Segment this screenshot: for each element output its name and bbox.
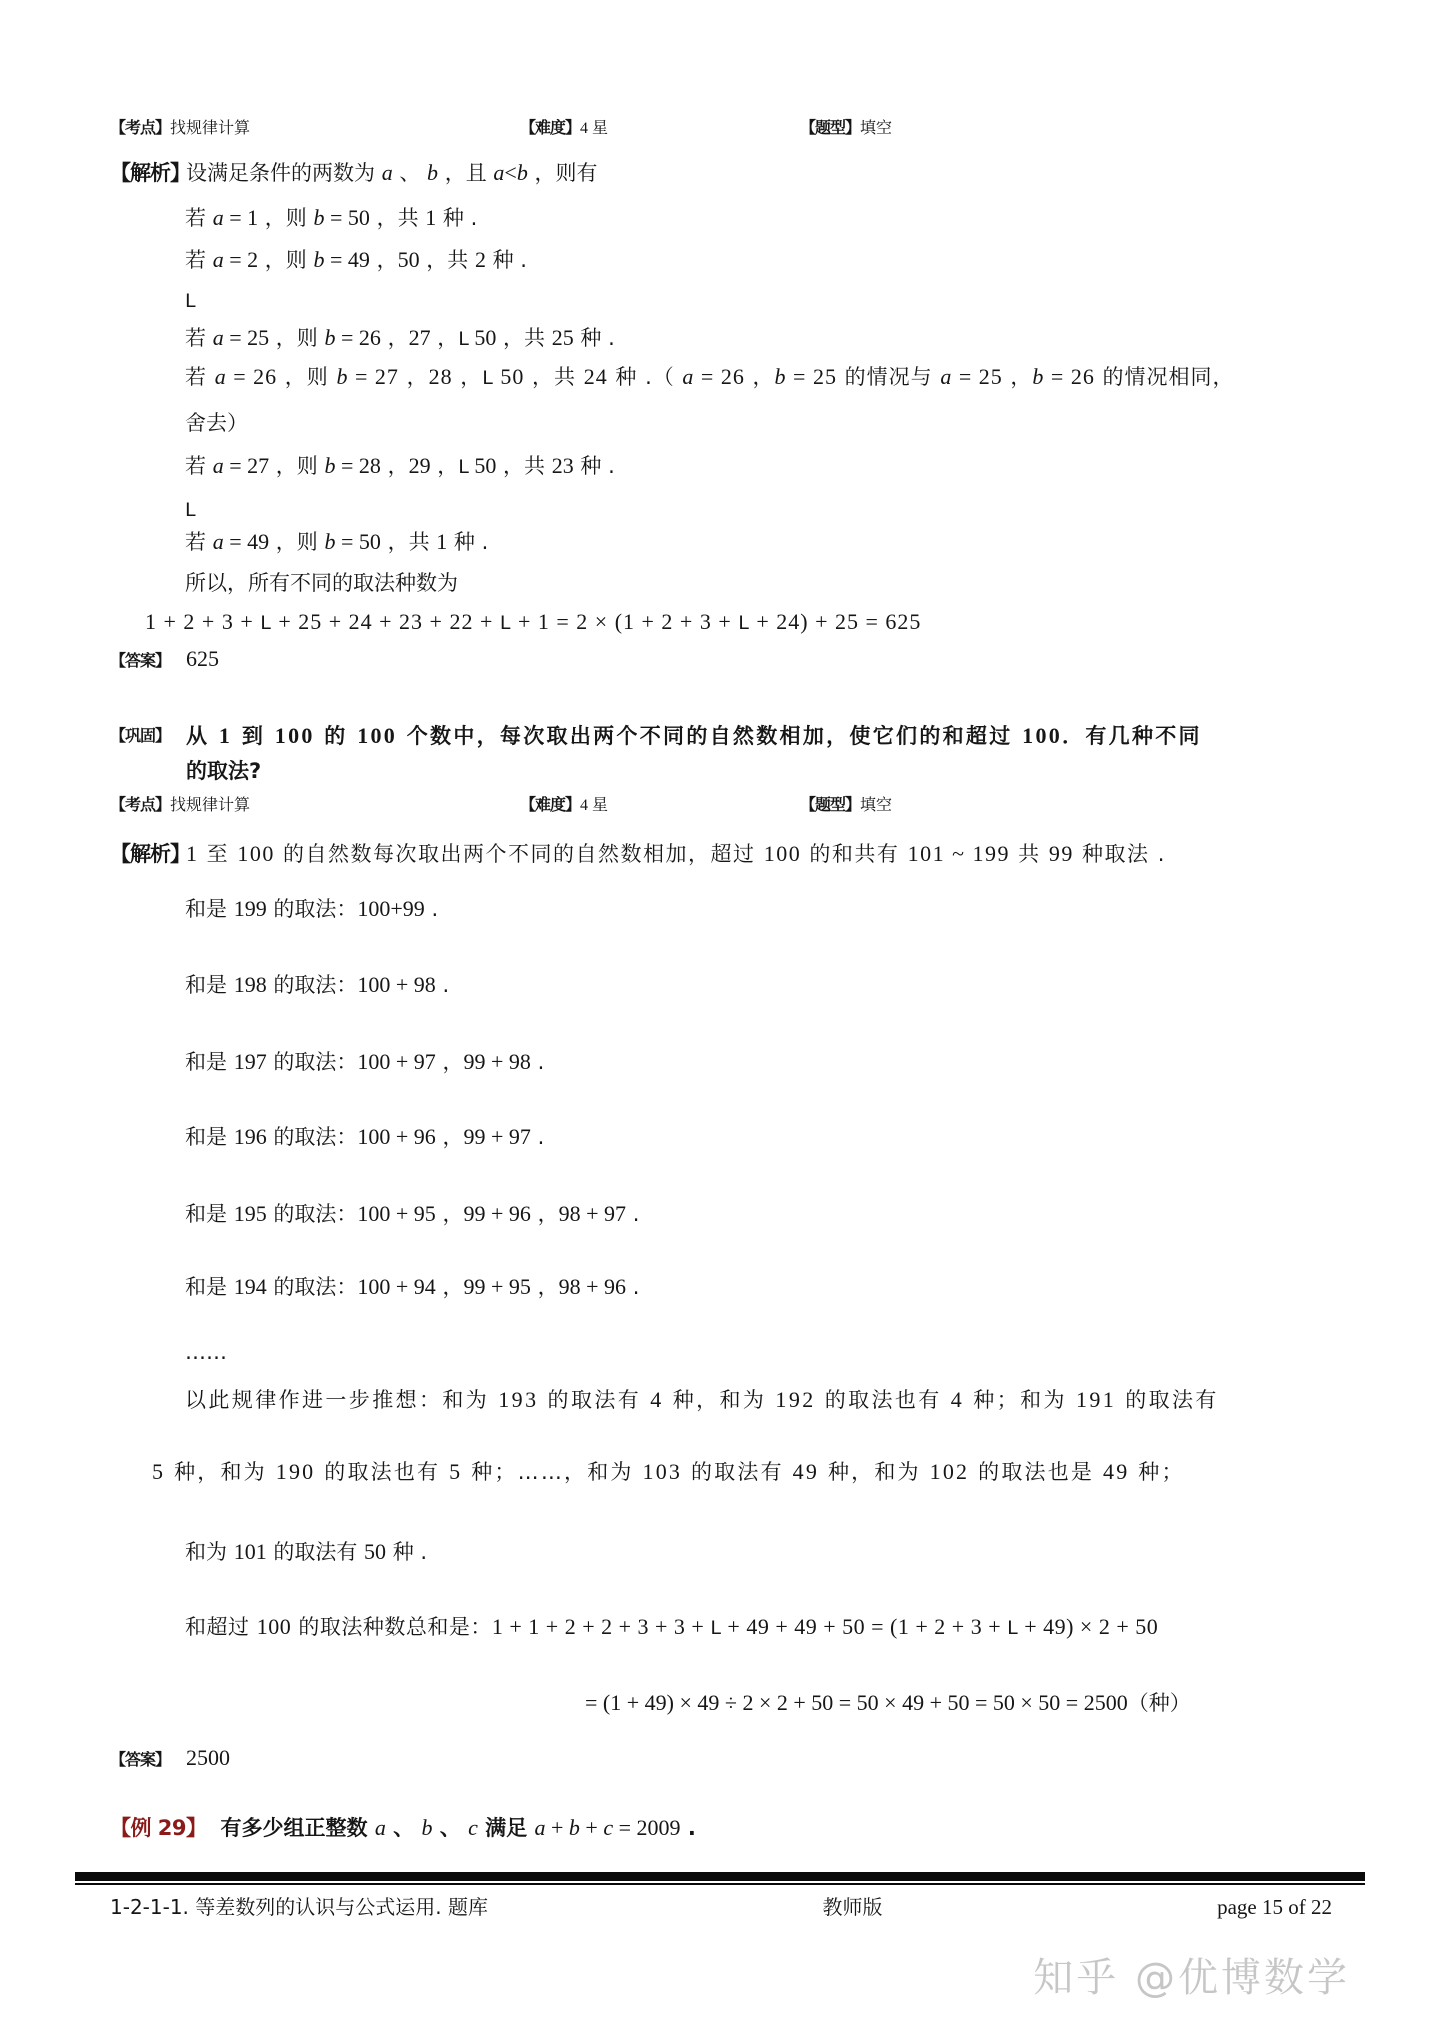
- text-segment: ，: [531, 1202, 559, 1226]
- math-segment: b: [313, 205, 324, 230]
- math-segment: 191: [1076, 1387, 1116, 1412]
- reasoning-line-2: 5 种，和为 190 的取法也有 5 种；……，和为 103 的取法有 49 种…: [152, 1457, 1372, 1487]
- math-segment: 194: [234, 1274, 267, 1299]
- text-segment: ……: [185, 1340, 227, 1364]
- answer-row-2: 【答案】2500: [110, 1743, 1372, 1773]
- math-segment: a: [940, 364, 952, 389]
- text-segment: ，: [370, 248, 398, 272]
- math-segment: 99: [1049, 841, 1074, 866]
- math-segment: = 49: [324, 247, 369, 272]
- math-segment: 100: [357, 723, 397, 748]
- math-segment: 196: [234, 1124, 267, 1149]
- text-segment: 种；……，和为: [462, 1460, 642, 1484]
- text-segment: 的和共有: [801, 842, 907, 866]
- case-a-25: 若 a = 25 ，则 b = 26 ，27 ，L 50 ，共 25 种 .: [185, 323, 1372, 354]
- solution-lines-1: 若 a = 1 ，则 b = 50 ，共 1 种 .若 a = 2 ，则 b =…: [110, 203, 1372, 638]
- sum-197: 和是 197 的取法：100 + 97 ，99 + 98 .: [185, 1047, 1372, 1077]
- meta-row-1: 【考点】找规律计算 【难度】4 星 【题型】填空: [110, 115, 1372, 145]
- text-segment: .: [425, 897, 438, 921]
- math-segment: 103: [643, 1459, 683, 1484]
- text-segment: 的取法有: [267, 1540, 364, 1564]
- text-segment: 和是: [185, 1050, 234, 1074]
- text-segment: 共: [1010, 842, 1049, 866]
- kaodian-label: 【考点】: [110, 797, 170, 814]
- consolidation-text: 从 1 到 100 的 100 个数中，每次取出两个不同的自然数相加，使它们的和…: [186, 718, 1372, 789]
- text-segment: 的情况与: [837, 365, 940, 389]
- text-segment: ，: [431, 326, 459, 350]
- nandu-value: 4 星: [580, 120, 608, 137]
- math-segment: L: [710, 1617, 721, 1639]
- total-formula-cont: = (1 + 49) × 49 ÷ 2 × 2 + 50 = 50 × 49 +…: [585, 1688, 1372, 1718]
- math-segment: L: [260, 612, 272, 634]
- math-segment: = 1: [224, 205, 258, 230]
- text-segment: 的自然数每次取出两个不同的自然数相加，超过: [275, 842, 764, 866]
- math-segment: 100: [1022, 723, 1062, 748]
- text-segment: ，则有: [528, 161, 598, 185]
- math-segment: 29: [409, 453, 431, 478]
- math-segment: 101: [234, 1539, 267, 1564]
- math-segment: a: [213, 325, 224, 350]
- text-segment: ，共: [496, 326, 551, 350]
- math-segment: 100 + 94: [357, 1274, 435, 1299]
- text-segment: ，共: [370, 206, 425, 230]
- text-segment: ，: [381, 454, 409, 478]
- math-segment: 100: [237, 841, 275, 866]
- text-segment: 的取法：: [267, 1275, 358, 1299]
- text-segment: 的取法有: [538, 1388, 650, 1412]
- math-segment: + 25 + 24 + 23 + 22 +: [272, 609, 500, 634]
- math-segment: 4: [951, 1387, 964, 1412]
- ellipsis-line: L: [185, 494, 1372, 525]
- nandu-label: 【难度】: [520, 797, 580, 814]
- text-segment: 若: [185, 326, 213, 350]
- math-segment: = 26: [335, 325, 380, 350]
- math-segment: 100 + 98: [357, 972, 435, 997]
- text-segment: 的取法：: [267, 973, 358, 997]
- footer-page-number: page 15 of 22: [1217, 1893, 1332, 1921]
- math-segment: = 2009: [613, 1815, 680, 1840]
- text-segment: 若: [185, 530, 213, 554]
- math-segment: a: [215, 364, 227, 389]
- math-segment: + 1 = 2 × (1 + 2 + 3 +: [511, 609, 738, 634]
- total-formula: 和超过 100 的取法种数总和是：1 + 1 + 2 + 2 + 3 + 3 +…: [185, 1612, 1372, 1643]
- math-segment: 1: [219, 723, 232, 748]
- meta-row-2: 【考点】找规律计算 【难度】4 星 【题型】填空: [110, 792, 1372, 822]
- text-segment: 的取法：: [267, 897, 358, 921]
- math-segment: 98 + 96: [559, 1274, 626, 1299]
- math-segment: b: [427, 160, 438, 185]
- tixing-label: 【题型】: [800, 797, 860, 814]
- text-segment: 舍去）: [185, 411, 248, 435]
- text-segment: .: [626, 1202, 639, 1226]
- math-segment: 99 + 97: [463, 1124, 530, 1149]
- text-segment: ，共: [496, 454, 551, 478]
- sum-196: 和是 196 的取法：100 + 96 ，99 + 97 .: [185, 1122, 1372, 1152]
- text-segment: ，: [381, 326, 409, 350]
- math-segment: 50: [469, 325, 497, 350]
- ellipsis-line: L: [185, 285, 1372, 316]
- math-segment: = 50: [324, 205, 369, 230]
- math-segment: L: [738, 612, 750, 634]
- reasoning-line-3: 和为 101 的取法有 50 种 .: [185, 1537, 1372, 1567]
- text-segment: 满足: [478, 1816, 535, 1840]
- text-segment: 的取法：: [267, 1202, 358, 1226]
- math-segment: 4: [650, 1387, 663, 1412]
- math-segment: 1: [425, 205, 436, 230]
- math-segment: 1: [436, 529, 447, 554]
- sum-199: 和是 199 的取法：100+99 .: [185, 894, 1372, 924]
- math-segment: L: [500, 612, 512, 634]
- case-a-26: 若 a = 26 ，则 b = 27 ，28 ，L 50 ，共 24 种 .（ …: [185, 362, 1372, 393]
- text-segment: .: [626, 1275, 639, 1299]
- text-segment: 若: [185, 248, 213, 272]
- text-segment: 、: [432, 1816, 468, 1840]
- text-segment: ，则: [269, 530, 324, 554]
- math-segment: = 26: [694, 364, 744, 389]
- text-segment: 和是: [185, 1275, 234, 1299]
- kaodian-value: 找规律计算: [170, 797, 250, 814]
- math-segment: 193: [498, 1387, 538, 1412]
- analysis-label: 【解析】: [110, 839, 186, 869]
- math-segment: 100: [764, 841, 802, 866]
- text-segment: 和为: [185, 1540, 234, 1564]
- math-segment: 100+99: [357, 896, 424, 921]
- text-segment: ，则: [277, 365, 336, 389]
- text-segment: 的: [315, 724, 358, 748]
- text-segment: 的取法也是: [969, 1460, 1103, 1484]
- text-segment: ，: [431, 454, 459, 478]
- math-segment: b: [517, 160, 528, 185]
- text-segment: 种 .: [436, 206, 477, 230]
- text-segment: 若: [185, 365, 215, 389]
- case-a-1: 若 a = 1 ，则 b = 50 ，共 1 种 .: [185, 203, 1372, 233]
- math-segment: a: [213, 247, 224, 272]
- text-segment: .: [531, 1050, 544, 1074]
- text-segment: 若: [185, 454, 213, 478]
- math-segment: 198: [234, 972, 267, 997]
- math-segment: 197: [234, 1049, 267, 1074]
- math-segment: c: [603, 1815, 613, 1840]
- math-segment: 49: [793, 1459, 819, 1484]
- math-segment: 5: [152, 1459, 165, 1484]
- math-segment: = 26: [227, 364, 277, 389]
- text-segment: ，: [745, 365, 775, 389]
- math-segment: b: [775, 364, 787, 389]
- text-segment: ，: [453, 365, 483, 389]
- math-segment: 50: [364, 1539, 386, 1564]
- math-segment: = 28: [335, 453, 380, 478]
- math-segment: L: [1007, 1617, 1018, 1639]
- text-segment: 至: [199, 842, 238, 866]
- math-segment: 28: [429, 364, 453, 389]
- footer-edition: 教师版: [823, 1893, 883, 1921]
- math-segment: 1: [186, 841, 199, 866]
- math-segment: 27: [409, 325, 431, 350]
- math-segment: 199: [234, 896, 267, 921]
- math-segment: 1 + 1 + 2 + 2 + 3 + 3 +: [492, 1614, 710, 1639]
- analysis-block-2: 【解析】1 至 100 的自然数每次取出两个不同的自然数相加，超过 100 的和…: [110, 839, 1372, 869]
- math-segment: 102: [930, 1459, 970, 1484]
- text-segment: 的取法也有: [315, 1460, 449, 1484]
- ellipsis-line: ……: [185, 1337, 1372, 1367]
- math-segment: a: [375, 1815, 386, 1840]
- analysis-intro: 设满足条件的两数为 a 、 b ，且 a<b ，则有: [186, 161, 598, 185]
- problem-text-line: 的取法?: [186, 754, 1372, 789]
- math-segment: 25: [552, 325, 574, 350]
- problem-text-line: 从 1 到 100 的 100 个数中，每次取出两个不同的自然数相加，使它们的和…: [186, 718, 1372, 754]
- consolidation-label: 【巩固】: [110, 718, 186, 753]
- example-29-problem: 【例 29】有多少组正整数 a 、 b 、 c 满足 a + b + c = 2…: [110, 1813, 1372, 1843]
- case-a-2: 若 a = 2 ，则 b = 49 ，50 ，共 2 种 .: [185, 245, 1372, 275]
- tixing-value: 填空: [860, 797, 892, 814]
- math-segment: b: [324, 453, 335, 478]
- kaodian-value: 找规律计算: [170, 120, 250, 137]
- nandu-pair: 【难度】4 星: [520, 792, 608, 815]
- consolidation-problem: 【巩固】 从 1 到 100 的 100 个数中，每次取出两个不同的自然数相加，…: [110, 718, 1372, 789]
- text-segment: 种 .: [574, 454, 615, 478]
- math-segment: b: [324, 325, 335, 350]
- answer-label: 【答案】: [110, 1745, 186, 1775]
- footer-document-title: 1-2-1-1. 等差数列的认识与公式运用. 题库: [110, 1893, 488, 1921]
- kaodian-pair: 【考点】找规律计算: [110, 792, 250, 815]
- math-segment: 98 + 97: [559, 1201, 626, 1226]
- math-segment: b: [1032, 364, 1044, 389]
- example-29-text: 有多少组正整数 a 、 b 、 c 满足 a + b + c = 2009 .: [221, 1816, 696, 1840]
- text-segment: ，: [399, 365, 429, 389]
- text-segment: 种取法 .: [1074, 842, 1166, 866]
- math-segment: = (1 + 49) × 49 ÷ 2 × 2 + 50 = 50 × 49 +…: [585, 1690, 1128, 1715]
- text-segment: 的取法：: [267, 1125, 358, 1149]
- case-a-26-cont: 舍去）: [185, 408, 1372, 438]
- text-segment: （种）: [1128, 1691, 1191, 1715]
- text-segment: 的取法种数总和是：: [291, 1615, 492, 1639]
- text-segment: 的取法有: [1116, 1388, 1219, 1412]
- answer-value: 2500: [186, 1745, 230, 1770]
- math-segment: a: [535, 1815, 546, 1840]
- text-segment: 的取法：: [267, 1050, 358, 1074]
- page-footer: 1-2-1-1. 等差数列的认识与公式运用. 题库 教师版 page 15 of…: [110, 1893, 1332, 1921]
- text-segment: 种 .: [447, 530, 488, 554]
- answer-value: 625: [186, 646, 219, 671]
- math-segment: 50: [398, 247, 420, 272]
- watermark-text: 知乎 @优博数学: [1033, 1946, 1350, 2003]
- math-segment: 49: [1103, 1459, 1129, 1484]
- solution-lines-2: 和是 199 的取法：100+99 .和是 198 的取法：100 + 98 .…: [110, 894, 1372, 1718]
- math-segment: +: [546, 1815, 569, 1840]
- text-segment: ，共: [524, 365, 583, 389]
- math-segment: = 50: [335, 529, 380, 554]
- text-segment: 的取法有: [682, 1460, 793, 1484]
- page-content: 【考点】找规律计算 【难度】4 星 【题型】填空 【解析】设满足条件的两数为 a…: [110, 0, 1372, 1843]
- text-segment: 个数中，每次取出两个不同的自然数相加，使它们的和超过: [397, 724, 1022, 748]
- text-segment: 种 .: [386, 1540, 427, 1564]
- math-segment: b: [569, 1815, 580, 1840]
- footer-divider-thin: [75, 1883, 1365, 1885]
- math-segment: 2: [475, 247, 486, 272]
- math-segment: 100 + 96: [357, 1124, 435, 1149]
- text-segment: 若: [185, 206, 213, 230]
- math-segment: 99 + 96: [463, 1201, 530, 1226]
- kaodian-pair: 【考点】找规律计算: [110, 115, 250, 138]
- math-segment: + 24) + 25 = 625: [750, 609, 922, 634]
- text-segment: 的取法也有: [816, 1388, 951, 1412]
- text-segment: ，则: [258, 206, 313, 230]
- text-segment: 种，和为: [664, 1388, 776, 1412]
- case-a-49: 若 a = 49 ，则 b = 50 ，共 1 种 .: [185, 527, 1372, 557]
- text-segment: ．有几种不同: [1062, 724, 1202, 748]
- text-segment: ，则: [269, 454, 324, 478]
- document-page: 【考点】找规律计算 【难度】4 星 【题型】填空 【解析】设满足条件的两数为 a…: [0, 0, 1440, 2036]
- math-segment: a: [382, 160, 393, 185]
- math-segment: c: [468, 1815, 478, 1840]
- nandu-label: 【难度】: [520, 120, 580, 137]
- footer-divider: [75, 1872, 1365, 1885]
- math-segment: a: [682, 364, 694, 389]
- text-segment: 的情况相同，: [1095, 365, 1235, 389]
- math-segment: 101 ~ 199: [908, 841, 1010, 866]
- answer-label: 【答案】: [110, 646, 186, 676]
- text-segment: ，且: [438, 161, 493, 185]
- text-segment: ，: [436, 1202, 464, 1226]
- text-segment: 和是: [185, 973, 234, 997]
- text-segment: 以此规律作进一步推想：和为: [185, 1388, 498, 1412]
- math-segment: 100: [257, 1614, 292, 1639]
- analysis-block-1: 【解析】设满足条件的两数为 a 、 b ，且 a<b ，则有: [110, 158, 1372, 188]
- text-segment: 种；: [1129, 1460, 1184, 1484]
- sum-195: 和是 195 的取法：100 + 95 ，99 + 96 ，98 + 97 .: [185, 1199, 1372, 1229]
- math-segment: 190: [276, 1459, 316, 1484]
- text-segment: .: [531, 1125, 544, 1149]
- math-segment: + 49) × 2 + 50: [1018, 1614, 1158, 1639]
- text-segment: 和是: [185, 1202, 234, 1226]
- reasoning-line-1: 以此规律作进一步推想：和为 193 的取法有 4 种，和为 192 的取法也有 …: [185, 1385, 1372, 1415]
- math-segment: b: [313, 247, 324, 272]
- math-segment: 5: [449, 1459, 462, 1484]
- math-segment: 50: [469, 453, 497, 478]
- footer-divider-thick: [75, 1872, 1365, 1881]
- answer-row-1: 【答案】625: [110, 644, 1372, 674]
- text-segment: ，: [531, 1275, 559, 1299]
- math-segment: 100 + 95: [357, 1201, 435, 1226]
- text-segment: ，则: [269, 326, 324, 350]
- text-segment: ，: [1003, 365, 1033, 389]
- nandu-value: 4 星: [580, 797, 608, 814]
- text-segment: 到: [232, 724, 275, 748]
- text-segment: 有多少组正整数: [221, 1816, 375, 1840]
- math-segment: 24: [584, 364, 608, 389]
- text-segment: 、: [393, 161, 427, 185]
- analysis-intro: 1 至 100 的自然数每次取出两个不同的自然数相加，超过 100 的和共有 1…: [186, 842, 1166, 866]
- formula-total: 1 + 2 + 3 + L + 25 + 24 + 23 + 22 + L + …: [145, 607, 1372, 638]
- math-segment: b: [336, 364, 348, 389]
- text-segment: 种 .: [486, 248, 527, 272]
- example-29-label: 【例 29】: [110, 1816, 207, 1840]
- math-segment: 23: [552, 453, 574, 478]
- text-segment: 种，和为: [165, 1460, 276, 1484]
- math-segment: +: [580, 1815, 603, 1840]
- math-segment: 99 + 98: [463, 1049, 530, 1074]
- math-segment: a: [213, 453, 224, 478]
- tixing-label: 【题型】: [800, 120, 860, 137]
- math-segment: L: [482, 367, 494, 389]
- math-segment: 100: [275, 723, 315, 748]
- text-segment: 种，和为: [819, 1460, 930, 1484]
- text-segment: ，则: [258, 248, 313, 272]
- math-segment: = 25: [952, 364, 1002, 389]
- sum-194: 和是 194 的取法：100 + 94 ，99 + 95 ，98 + 96 .: [185, 1272, 1372, 1302]
- nandu-pair: 【难度】4 星: [520, 115, 608, 138]
- analysis-label: 【解析】: [110, 158, 186, 188]
- math-segment: 192: [775, 1387, 815, 1412]
- conclusion-intro: 所以，所有不同的取法种数为: [185, 568, 1372, 598]
- text-segment: 从: [186, 724, 219, 748]
- case-a-27: 若 a = 27 ，则 b = 28 ，29 ，L 50 ，共 23 种 .: [185, 451, 1372, 482]
- tixing-pair: 【题型】填空: [800, 115, 892, 138]
- text-segment: 和是: [185, 1125, 234, 1149]
- math-segment: = 2: [224, 247, 258, 272]
- math-segment: <: [504, 160, 516, 185]
- text-segment: 和是: [185, 897, 234, 921]
- text-segment: 种 .: [574, 326, 615, 350]
- math-segment: = 27: [224, 453, 269, 478]
- text-segment: .: [436, 973, 449, 997]
- math-segment: L: [185, 290, 196, 312]
- math-segment: a: [213, 205, 224, 230]
- math-segment: 100 + 97: [357, 1049, 435, 1074]
- math-segment: = 25: [224, 325, 269, 350]
- sum-198: 和是 198 的取法：100 + 98 .: [185, 970, 1372, 1000]
- math-segment: 99 + 95: [463, 1274, 530, 1299]
- math-segment: 50: [494, 364, 525, 389]
- math-segment: = 49: [224, 529, 269, 554]
- tixing-value: 填空: [860, 120, 892, 137]
- text-segment: 的取法?: [186, 759, 261, 783]
- tixing-pair: 【题型】填空: [800, 792, 892, 815]
- math-segment: L: [458, 456, 469, 478]
- math-segment: a: [213, 529, 224, 554]
- math-segment: = 26: [1044, 364, 1094, 389]
- math-segment: L: [185, 499, 196, 521]
- math-segment: L: [458, 328, 469, 350]
- math-segment: b: [421, 1815, 432, 1840]
- text-segment: 和超过: [185, 1615, 257, 1639]
- text-segment: ，共: [420, 248, 475, 272]
- kaodian-label: 【考点】: [110, 120, 170, 137]
- math-segment: = 27: [348, 364, 398, 389]
- text-segment: 种；和为: [964, 1388, 1076, 1412]
- text-segment: ，: [436, 1050, 464, 1074]
- text-segment: 所以，所有不同的取法种数为: [185, 571, 458, 595]
- text-segment: 种 .（: [608, 365, 683, 389]
- text-segment: .: [681, 1816, 696, 1840]
- text-segment: ，: [436, 1275, 464, 1299]
- text-segment: ，共: [381, 530, 436, 554]
- math-segment: + 49 + 49 + 50 = (1 + 2 + 3 +: [721, 1614, 1007, 1639]
- text-segment: 设满足条件的两数为: [186, 161, 382, 185]
- text-segment: 、: [386, 1816, 422, 1840]
- math-segment: 1 + 2 + 3 +: [145, 609, 260, 634]
- text-segment: ，: [436, 1125, 464, 1149]
- math-segment: 195: [234, 1201, 267, 1226]
- math-segment: b: [324, 529, 335, 554]
- math-segment: a: [493, 160, 504, 185]
- math-segment: = 25: [787, 364, 837, 389]
